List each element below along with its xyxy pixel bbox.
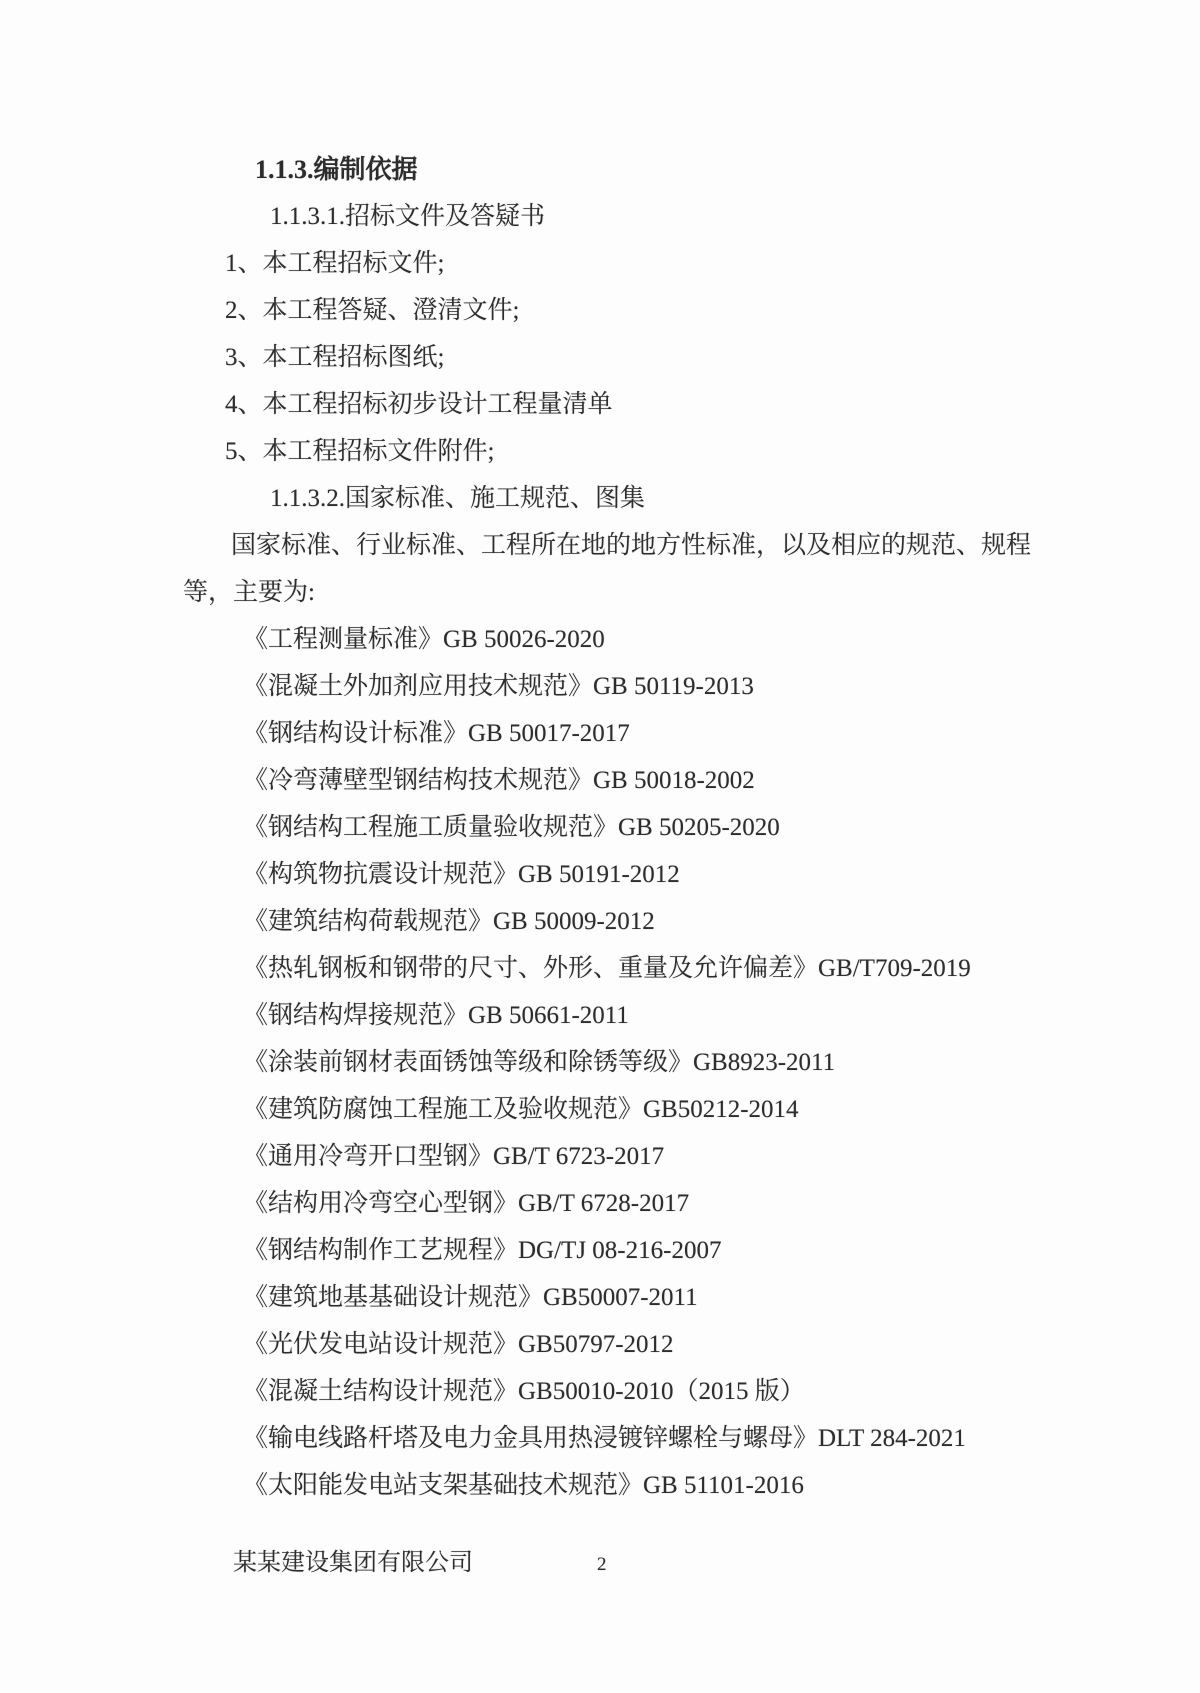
standard-item: 《工程测量标准》GB 50026-2020: [243, 616, 1023, 663]
intro-paragraph-line-2: 等，主要为:: [183, 569, 1023, 616]
list-item-5: 5、本工程招标文件附件;: [225, 428, 1023, 475]
standard-item: 《光伏发电站设计规范》GB50797-2012: [243, 1321, 1023, 1368]
standard-item: 《通用冷弯开口型钢》GB/T 6723-2017: [243, 1133, 1023, 1180]
document-page: 1.1.3.编制依据 1.1.3.1.招标文件及答疑书 1、本工程招标文件; 2…: [0, 0, 1200, 1693]
standard-item: 《混凝土外加剂应用技术规范》GB 50119-2013: [243, 663, 1023, 710]
standard-item: 《钢结构制作工艺规程》DG/TJ 08-216-2007: [243, 1227, 1023, 1274]
list-item-2: 2、本工程答疑、澄清文件;: [225, 287, 1023, 334]
standard-item: 《建筑防腐蚀工程施工及验收规范》GB50212-2014: [243, 1086, 1023, 1133]
page-footer: 某某建设集团有限公司 2: [183, 1540, 1023, 1587]
standard-item: 《构筑物抗震设计规范》GB 50191-2012: [243, 851, 1023, 898]
standard-item: 《建筑地基基础设计规范》GB50007-2011: [243, 1274, 1023, 1321]
document-body: 1.1.3.编制依据 1.1.3.1.招标文件及答疑书 1、本工程招标文件; 2…: [183, 146, 1023, 1509]
list-item-1: 1、本工程招标文件;: [225, 240, 1023, 287]
subsection-heading-1: 1.1.3.1.招标文件及答疑书: [270, 193, 1023, 240]
page-number: 2: [597, 1541, 607, 1588]
standard-item: 《钢结构工程施工质量验收规范》GB 50205-2020: [243, 804, 1023, 851]
standard-item: 《结构用冷弯空心型钢》GB/T 6728-2017: [243, 1180, 1023, 1227]
list-item-3: 3、本工程招标图纸;: [225, 334, 1023, 381]
section-heading: 1.1.3.编制依据: [255, 146, 1023, 193]
list-item-4: 4、本工程招标初步设计工程量清单: [225, 381, 1023, 428]
standard-item: 《冷弯薄壁型钢结构技术规范》GB 50018-2002: [243, 757, 1023, 804]
standard-item: 《输电线路杆塔及电力金具用热浸镀锌螺栓与螺母》DLT 284-2021: [243, 1415, 1023, 1462]
standard-item: 《钢结构焊接规范》GB 50661-2011: [243, 992, 1023, 1039]
standard-item: 《热轧钢板和钢带的尺寸、外形、重量及允许偏差》GB/T709-2019: [243, 945, 1023, 992]
standard-item: 《涂装前钢材表面锈蚀等级和除锈等级》GB8923-2011: [243, 1039, 1023, 1086]
intro-paragraph-line-1: 国家标准、行业标准、工程所在地的地方性标准，以及相应的规范、规程: [183, 522, 1023, 569]
standard-item: 《太阳能发电站支架基础技术规范》GB 51101-2016: [243, 1462, 1023, 1509]
standard-item: 《混凝土结构设计规范》GB50010-2010（2015 版）: [243, 1368, 1023, 1415]
standard-item: 《钢结构设计标准》GB 50017-2017: [243, 710, 1023, 757]
standard-item: 《建筑结构荷载规范》GB 50009-2012: [243, 898, 1023, 945]
subsection-heading-2: 1.1.3.2.国家标准、施工规范、图集: [270, 475, 1023, 522]
footer-company-name: 某某建设集团有限公司: [233, 1550, 473, 1576]
